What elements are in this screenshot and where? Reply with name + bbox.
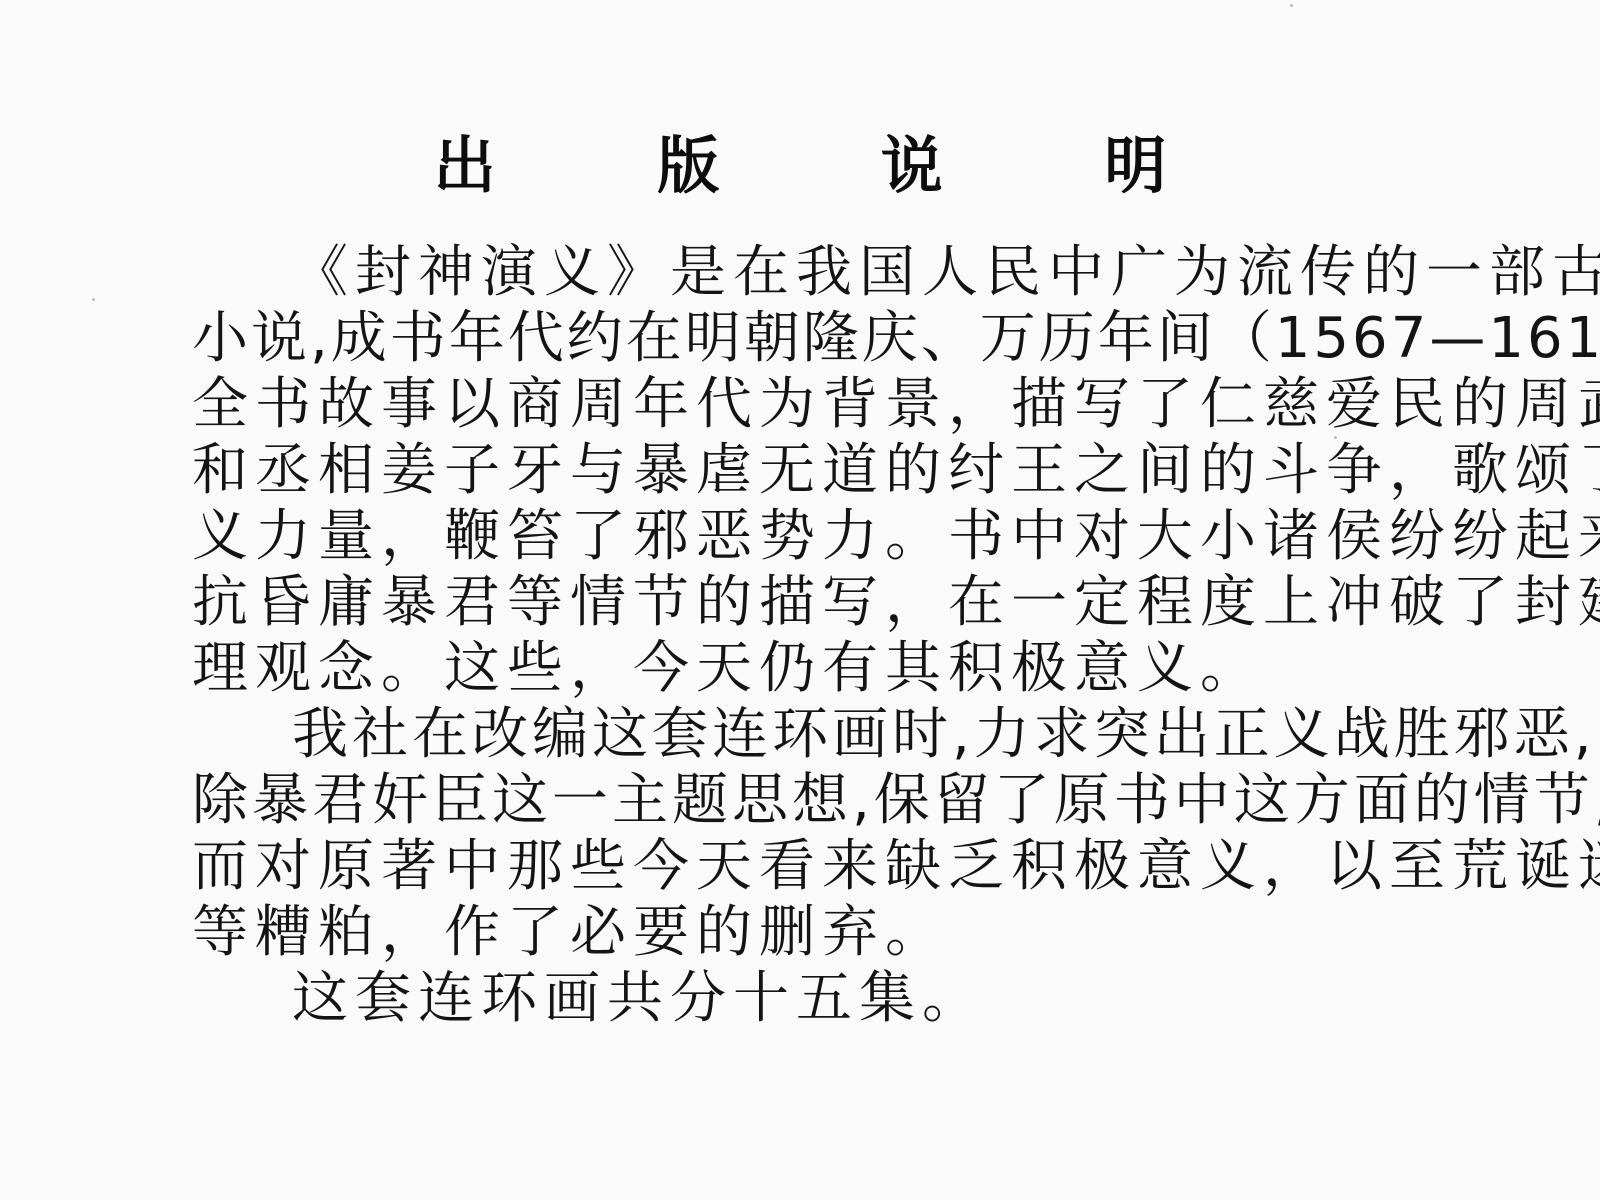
- paragraph-adaptation: 我社在改编这套连环画时,力求突出正义战胜邪恶, 除暴君奸臣这一主题思想,保留了原…: [192, 702, 1392, 966]
- paragraph-intro: 《封神演义》是在我国人民中广为流传的一部古典 小说,成书年代约在明朝隆庆、万历年…: [192, 240, 1392, 702]
- text-line: 小说,成书年代约在明朝隆庆、万历年间（1567—1619）。: [192, 306, 1392, 372]
- text-line: 理观念。这些，今天仍有其积极意义。: [192, 636, 1392, 702]
- text-line: 而对原著中那些今天看来缺乏积极意义，以至荒诞迷信: [192, 834, 1392, 900]
- text-line: 这套连环画共分十五集。: [192, 966, 1392, 1032]
- text-line: 抗昏庸暴君等情节的描写，在一定程度上冲破了封建伦: [192, 570, 1392, 636]
- text-line: 除暴君奸臣这一主题思想,保留了原书中这方面的情节;: [192, 768, 1392, 834]
- text-line: 和丞相姜子牙与暴虐无道的纣王之间的斗争，歌颂了正: [192, 438, 1392, 504]
- page-title: 出 版 说 明: [0, 128, 1600, 204]
- text-line: 我社在改编这套连环画时,力求突出正义战胜邪恶,: [192, 702, 1392, 768]
- document-body: 《封神演义》是在我国人民中广为流传的一部古典 小说,成书年代约在明朝隆庆、万历年…: [192, 240, 1392, 1032]
- text-line: 全书故事以商周年代为背景，描写了仁慈爱民的周武王: [192, 372, 1392, 438]
- paper-speck: [92, 298, 95, 301]
- text-line: 《封神演义》是在我国人民中广为流传的一部古典: [192, 240, 1392, 306]
- document-page: 出 版 说 明 《封神演义》是在我国人民中广为流传的一部古典 小说,成书年代约在…: [0, 0, 1600, 1200]
- text-line: 等糟粕，作了必要的删弃。: [192, 900, 1392, 966]
- paragraph-volumes: 这套连环画共分十五集。: [192, 966, 1392, 1032]
- paper-speck: [1290, 4, 1293, 7]
- text-line: 义力量，鞭笞了邪恶势力。书中对大小诸侯纷纷起来反: [192, 504, 1392, 570]
